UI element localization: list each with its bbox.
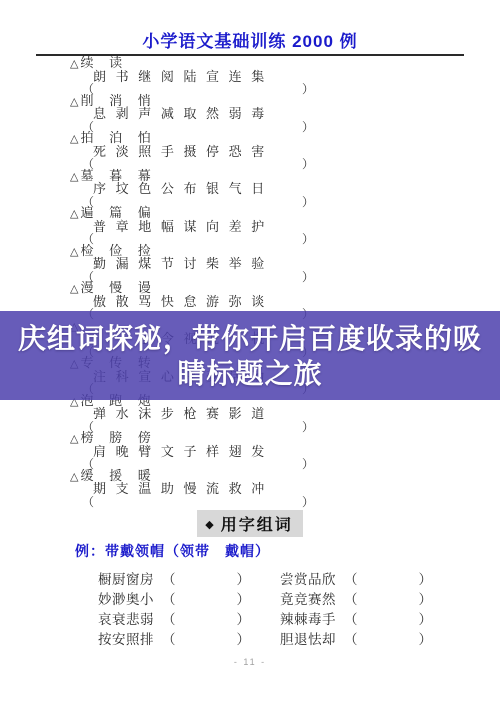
word-row: 橱厨窗房（） 尝赏品欣（） — [0, 568, 500, 588]
char-group: △缓 援 暖 期 支 温 助 慢 流 救 冲 （） — [70, 470, 500, 508]
word-row: 哀衰悲弱（） 辣棘毒手（） — [0, 608, 500, 628]
open-paren: （ — [344, 628, 358, 648]
answer-blank: （） — [344, 628, 432, 648]
example-line: 例：带戴领帽（领带 戴帽） — [75, 541, 500, 561]
exercise-chars: 按安照排 — [98, 628, 154, 648]
close-paren: ） — [302, 458, 314, 470]
candidate-chars: 勤 漏 煤 节 讨 柴 举 验 — [93, 258, 500, 271]
exercise-chars: 橱厨窗房 — [98, 568, 154, 588]
triangle-marker: △ — [70, 283, 80, 295]
char-group: △遍 篇 偏 普 章 地 幅 谋 向 差 护 （） — [70, 207, 500, 245]
worksheet-page: 小学语文基础训练 2000 例 △续 读 朗 书 继 阅 陆 宣 连 集 （） … — [0, 0, 500, 707]
close-paren: ） — [419, 568, 433, 588]
answer-blank: （） — [162, 628, 250, 648]
candidate-chars: 期 支 温 助 慢 流 救 冲 — [93, 483, 500, 496]
section-title: 用字组词 — [221, 517, 293, 534]
char-group: △削 消 悄 息 剥 声 减 取 然 弱 毒 （） — [70, 95, 500, 133]
close-paren: ） — [237, 608, 251, 628]
triad-chars: 拍 泊 怕 — [80, 130, 156, 145]
exercise-cell: 妙渺奥小（） — [98, 588, 280, 608]
page-number: - 11 - — [0, 657, 500, 667]
diamond-icon: ◆ — [205, 519, 213, 531]
candidate-chars: 普 章 地 幅 谋 向 差 护 — [93, 221, 500, 234]
candidate-chars: 朗 书 继 阅 陆 宣 连 集 — [93, 71, 500, 84]
exercise-cell: 尝赏品欣（） — [280, 568, 432, 588]
triangle-marker: △ — [70, 96, 80, 108]
candidate-chars: 肩 晚 臂 文 子 样 翅 发 — [93, 446, 500, 459]
char-group: △榜 膀 傍 肩 晚 臂 文 子 样 翅 发 （） — [70, 432, 500, 470]
open-paren: （ — [344, 608, 358, 628]
answer-blank: （） — [162, 568, 250, 588]
triangle-marker: △ — [70, 58, 80, 70]
exercise-cell: 按安照排（） — [98, 628, 280, 648]
open-paren: （ — [162, 608, 176, 628]
close-paren: ） — [419, 608, 433, 628]
triangle-marker: △ — [70, 208, 80, 220]
close-paren: ） — [302, 196, 314, 208]
close-paren: ） — [419, 588, 433, 608]
exercise-cell: 胆退怯却（） — [280, 628, 432, 648]
exercise-chars: 尝赏品欣 — [280, 568, 336, 588]
char-group: △续 读 朗 书 继 阅 陆 宣 连 集 （） — [70, 57, 500, 95]
open-paren: （ — [344, 588, 358, 608]
section-title-box: ◆用字组词 — [197, 510, 302, 537]
triad-chars: 榜 膀 傍 — [80, 430, 156, 445]
exercise-chars: 哀衰悲弱 — [98, 608, 154, 628]
triangle-marker: △ — [70, 433, 80, 445]
char-group: △拍 泊 怕 死 淡 照 手 摄 停 恐 害 （） — [70, 132, 500, 170]
exercise-cell: 辣棘毒手（） — [280, 608, 432, 628]
open-paren: （ — [162, 588, 176, 608]
close-paren: ） — [302, 158, 314, 170]
open-paren: （ — [162, 628, 176, 648]
triangle-marker: △ — [70, 471, 80, 483]
answer-blank: （） — [344, 588, 432, 608]
close-paren: ） — [302, 496, 314, 508]
triangle-marker: △ — [70, 246, 80, 258]
triad-chars: 续 读 — [80, 55, 128, 70]
word-row: 妙渺奥小（） 竟竞赛然（） — [0, 588, 500, 608]
char-group: △墓 暮 幕 序 坟 色 公 布 银 气 日 （） — [70, 170, 500, 208]
close-paren: ） — [302, 121, 314, 133]
exercise-chars: 妙渺奥小 — [98, 588, 154, 608]
open-paren: （ — [344, 568, 358, 588]
answer-blank: （） — [82, 496, 314, 508]
char-group: △检 俭 捡 勤 漏 煤 节 讨 柴 举 验 （） — [70, 245, 500, 283]
close-paren: ） — [302, 83, 314, 95]
answer-blank: （） — [344, 568, 432, 588]
triad-chars: 漫 慢 谩 — [80, 280, 156, 295]
section-header: ◆用字组词 — [0, 510, 500, 532]
word-row: 按安照排（） 胆退怯却（） — [0, 628, 500, 648]
exercise-chars: 竟竞赛然 — [280, 588, 336, 608]
answer-blank: （） — [162, 588, 250, 608]
close-paren: ） — [237, 568, 251, 588]
banner-text-line2: 睛标题之旅 — [177, 356, 322, 391]
candidate-chars: 序 坟 色 公 布 银 气 日 — [93, 183, 500, 196]
candidate-chars: 弹 水 沫 步 枪 赛 影 道 — [93, 408, 500, 421]
answer-blank: （） — [162, 608, 250, 628]
exercise-cell: 橱厨窗房（） — [98, 568, 280, 588]
close-paren: ） — [302, 271, 314, 283]
close-paren: ） — [302, 421, 314, 433]
page-title: 小学语文基础训练 2000 例 — [0, 27, 500, 51]
exercise-chars: 胆退怯却 — [280, 628, 336, 648]
char-group: △泡 跑 炮 弹 水 沫 步 枪 赛 影 道 （） — [70, 395, 500, 433]
open-paren: （ — [162, 568, 176, 588]
candidate-chars: 息 剥 声 减 取 然 弱 毒 — [93, 108, 500, 121]
banner-text-line1: 庆组词探秘，带你开启百度收录的吸 — [18, 321, 482, 356]
exercise-chars: 辣棘毒手 — [280, 608, 336, 628]
word-exercise-rows: 橱厨窗房（） 尝赏品欣（） 妙渺奥小（） 竟竞赛然（） 哀衰悲弱（） 辣棘毒手（… — [0, 568, 500, 648]
exercise-cell: 竟竞赛然（） — [280, 588, 432, 608]
candidate-chars: 傲 散 骂 快 怠 游 弥 谈 — [93, 296, 500, 309]
triangle-marker: △ — [70, 171, 80, 183]
close-paren: ） — [237, 588, 251, 608]
answer-blank: （） — [344, 608, 432, 628]
triangle-marker: △ — [70, 133, 80, 145]
similar-char-groups: △续 读 朗 书 继 阅 陆 宣 连 集 （） △削 消 悄 息 剥 声 减 取… — [0, 57, 500, 507]
triad-chars: 遍 篇 偏 — [80, 205, 156, 220]
open-paren: （ — [82, 496, 94, 508]
exercise-cell: 哀衰悲弱（） — [98, 608, 280, 628]
title-overlay-banner: 庆组词探秘，带你开启百度收录的吸 睛标题之旅 — [0, 311, 500, 400]
candidate-chars: 死 淡 照 手 摄 停 恐 害 — [93, 146, 500, 159]
close-paren: ） — [237, 628, 251, 648]
close-paren: ） — [302, 233, 314, 245]
close-paren: ） — [419, 628, 433, 648]
